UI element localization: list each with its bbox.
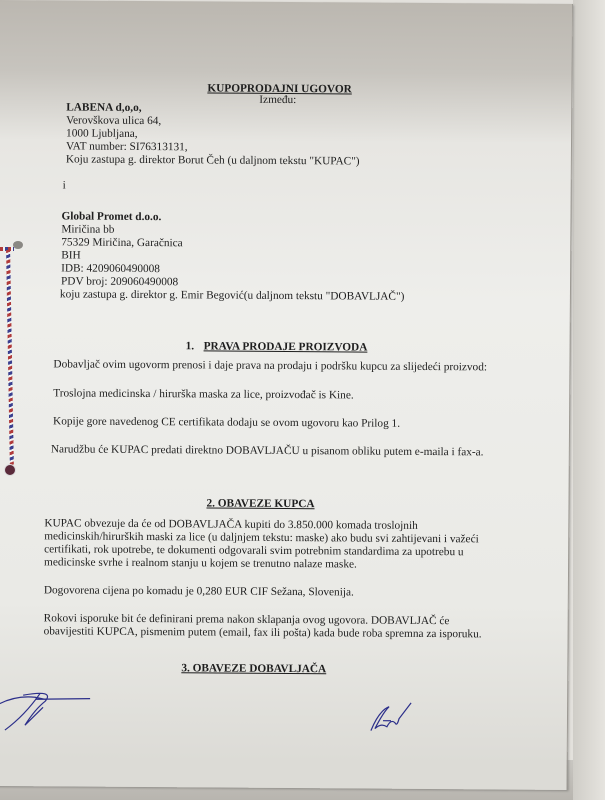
supplier-country: BIH [61,249,81,262]
buyer-address-1: Verovškova ulica 64, [66,114,161,128]
section-3-heading: 3. OBAVEZE DOBAVLJAČA [181,662,326,676]
section-1-paragraph: Kopije gore navedenog CE certifikata dod… [53,415,400,430]
buyer-vat: VAT number: SI76313131, [66,140,188,154]
supplier-representative: koju zastupa g. direktor g. Emir Begović… [60,288,405,303]
section-1-heading: PRAVA PRODAJE PROIZVODA [204,340,368,354]
supplier-idb: IDB: 4209060490008 [61,262,160,276]
punch-hole [13,241,23,249]
between-label: Između: [259,94,296,107]
supplier-name: Global Promet d.o.o. [61,210,161,224]
supplier-signature [365,701,435,741]
buyer-representative: Koju zastupa g. direktor Borut Čeh (u da… [66,153,360,168]
contract-page: KUPOPRODAJNI UGOVOR Između: LABENA d,o,o… [0,0,573,790]
conjunction: i [63,179,66,192]
section-1-number: 1. [186,340,195,353]
supplier-address-1: Miričina bb [61,223,114,236]
section-2-paragraph-line: obavijestiti KUPCA, pismenim putem (emai… [44,625,482,641]
section-2-heading: 2. OBAVEZE KUPCA [206,497,314,511]
buyer-address-2: 1000 Ljubljana, [66,127,138,140]
background-edge [573,0,605,800]
section-2-paragraph-line: medicinske svrhe i realnom stanju u koje… [44,556,357,571]
section-1-paragraph: Narudžbu će KUPAC predati direktno DOBAV… [51,443,484,459]
buyer-name: LABENA d,o,o, [66,101,141,115]
section-1-paragraph: Dobavljač ovim ugovorm prenosi i daje pr… [53,358,487,374]
supplier-pdv: PDV broj: 209060490008 [61,275,178,289]
section-1-paragraph: Troslojna medicinska / hirurška maska za… [53,387,354,402]
supplier-address-2: 75329 Miričina, Garačnica [61,236,182,250]
binding-knot [4,464,16,476]
buyer-signature [0,685,95,736]
section-2-price: Dogovorena cijena po komadu je 0,280 EUR… [44,584,354,599]
